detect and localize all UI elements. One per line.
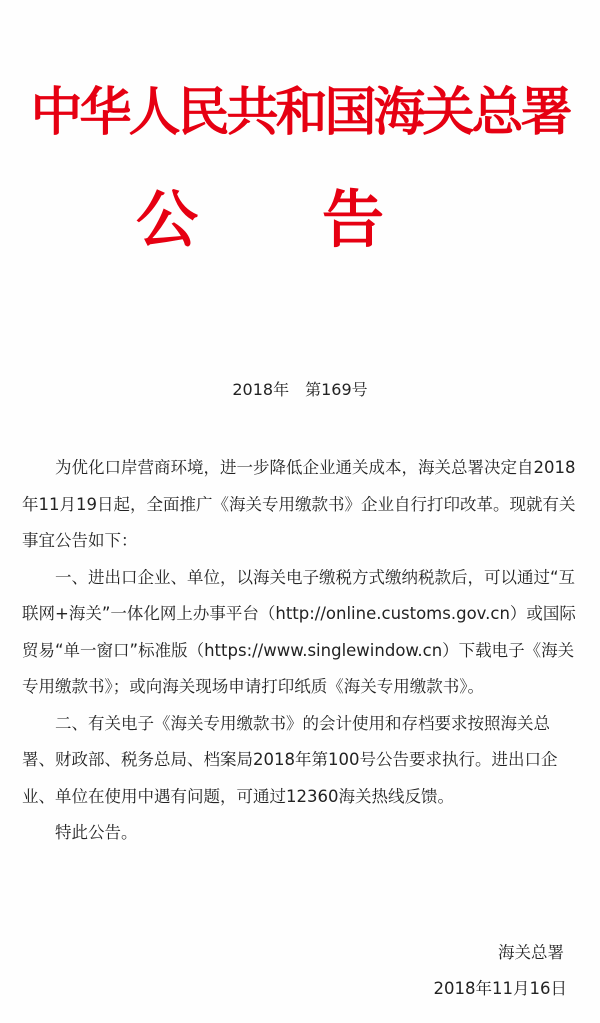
document-number: 2018年 第169号 <box>0 378 600 402</box>
paragraph-item-1: 一、进出口企业、单位，以海关电子缴税方式缴纳税款后，可以通过“互联网+海关”一体… <box>22 560 578 706</box>
paragraph-closing: 特此公告。 <box>22 815 578 852</box>
paragraph-item-2: 二、有关电子《海关专用缴款书》的会计使用和存档要求按照海关总署、财政部、税务总局… <box>22 706 578 816</box>
masthead-title: 中华人民共和国海关总署 <box>0 78 600 148</box>
notice-heading-char-1: 公 <box>136 180 198 260</box>
notice-heading: 公 告 <box>0 180 600 260</box>
announcement-body: 为优化口岸营商环境，进一步降低企业通关成本，海关总署决定自2018年11月19日… <box>22 450 578 852</box>
paragraph-intro: 为优化口岸营商环境，进一步降低企业通关成本，海关总署决定自2018年11月19日… <box>22 450 578 560</box>
announcement-page: 中华人民共和国海关总署 公 告 2018年 第169号 为优化口岸营商环境，进一… <box>0 0 600 1023</box>
issue-date: 2018年11月16日 <box>0 971 600 1007</box>
notice-heading-char-2: 告 <box>322 180 384 260</box>
issuer-name: 海关总署 <box>0 935 600 971</box>
signature-block: 海关总署 2018年11月16日 <box>0 935 600 1007</box>
